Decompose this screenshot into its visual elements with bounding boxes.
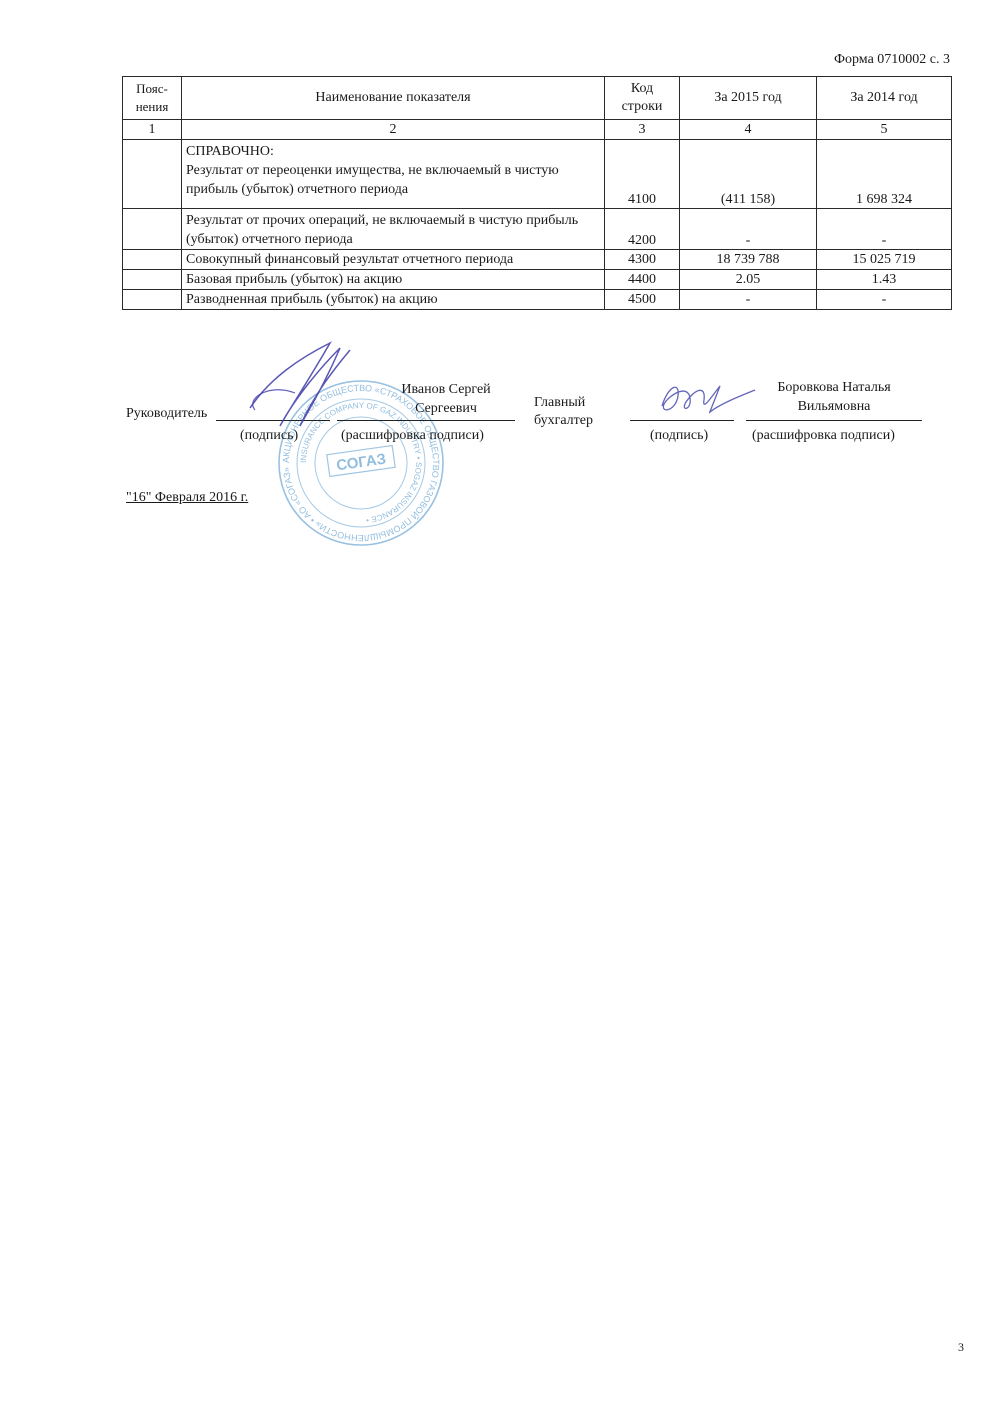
accountant-sign-caption: (подпись) [650, 428, 708, 444]
col-header-code-line2: строки [609, 98, 675, 116]
accountant-name-line1: Боровкова Наталья [746, 378, 922, 397]
col-header-notes-line2: нения [127, 98, 177, 116]
table-row: Базовая прибыль (убыток) на акцию 4400 2… [123, 270, 952, 290]
column-number-row: 1 2 3 4 5 [123, 120, 952, 140]
table-row: Разводненная прибыль (убыток) на акцию 4… [123, 290, 952, 310]
row-name: Результат от прочих операций, не включае… [182, 209, 605, 250]
head-name-line [337, 420, 515, 421]
row-value-2014: - [817, 290, 952, 310]
table-header-row: Пояс- нения Наименование показателя Код … [123, 77, 952, 120]
row-value-2014: 15 025 719 [817, 250, 952, 270]
row-name: Совокупный финансовый результат отчетног… [182, 250, 605, 270]
head-name-line1: Иванов Сергей [337, 380, 515, 399]
row-value-2015: - [680, 209, 817, 250]
col-header-indicator: Наименование показателя [182, 77, 605, 120]
head-decode-caption: (расшифровка подписи) [341, 428, 484, 444]
row-name: Разводненная прибыль (убыток) на акцию [182, 290, 605, 310]
col-header-code: Код строки [605, 77, 680, 120]
row-value-2015: 2.05 [680, 270, 817, 290]
table-row: Результат от прочих операций, не включае… [123, 209, 952, 250]
table-row: СПРАВОЧНО: Результат от переоценки имуще… [123, 140, 952, 209]
row-name: Базовая прибыль (убыток) на акцию [182, 270, 605, 290]
head-signature-icon [240, 338, 360, 428]
row-note [123, 290, 182, 310]
row-value-2015: 18 739 788 [680, 250, 817, 270]
page-number: 3 [958, 1340, 964, 1355]
col-header-notes: Пояс- нения [123, 77, 182, 120]
col-number: 2 [182, 120, 605, 140]
col-header-notes-line1: Пояс- [127, 80, 177, 98]
row-note [123, 209, 182, 250]
row-value-2015: - [680, 290, 817, 310]
row-code: 4500 [605, 290, 680, 310]
col-header-code-line1: Код [609, 80, 675, 98]
row-note [123, 270, 182, 290]
head-sign-caption: (подпись) [240, 428, 298, 444]
row-value-2015: (411 158) [680, 140, 817, 209]
head-role-label: Руководитель [126, 406, 207, 422]
accountant-name-line2: Вильямовна [746, 397, 922, 416]
report-table: Пояс- нения Наименование показателя Код … [122, 76, 952, 310]
row-value-2014: - [817, 209, 952, 250]
accountant-role-label: Главный бухгалтер [534, 394, 593, 430]
row-value-2014: 1 698 324 [817, 140, 952, 209]
accountant-name-line [746, 420, 922, 421]
row-note [123, 140, 182, 209]
head-name-line2: Сергеевич [337, 399, 515, 418]
form-code: Форма 0710002 с. 3 [834, 52, 950, 68]
col-number: 4 [680, 120, 817, 140]
row-code: 4400 [605, 270, 680, 290]
reference-label: СПРАВОЧНО: [186, 142, 600, 161]
row-code: 4300 [605, 250, 680, 270]
col-number: 3 [605, 120, 680, 140]
accountant-role-line1: Главный [534, 394, 593, 412]
signing-date: "16" Февраля 2016 г. [126, 490, 248, 506]
accountant-signature-icon [650, 376, 760, 421]
col-header-2014: За 2014 год [817, 77, 952, 120]
row-name-text: Результат от переоценки имущества, не вк… [186, 161, 600, 199]
col-header-2015: За 2015 год [680, 77, 817, 120]
row-note [123, 250, 182, 270]
accountant-role-line2: бухгалтер [534, 412, 593, 430]
head-name: Иванов Сергей Сергеевич [337, 380, 515, 418]
row-name: СПРАВОЧНО: Результат от переоценки имуще… [182, 140, 605, 209]
row-code: 4100 [605, 140, 680, 209]
table-row: Совокупный финансовый результат отчетног… [123, 250, 952, 270]
svg-text:СОГАЗ: СОГАЗ [335, 451, 387, 475]
row-code: 4200 [605, 209, 680, 250]
row-value-2014: 1.43 [817, 270, 952, 290]
accountant-name: Боровкова Наталья Вильямовна [746, 378, 922, 416]
col-number: 1 [123, 120, 182, 140]
col-number: 5 [817, 120, 952, 140]
accountant-decode-caption: (расшифровка подписи) [752, 428, 895, 444]
